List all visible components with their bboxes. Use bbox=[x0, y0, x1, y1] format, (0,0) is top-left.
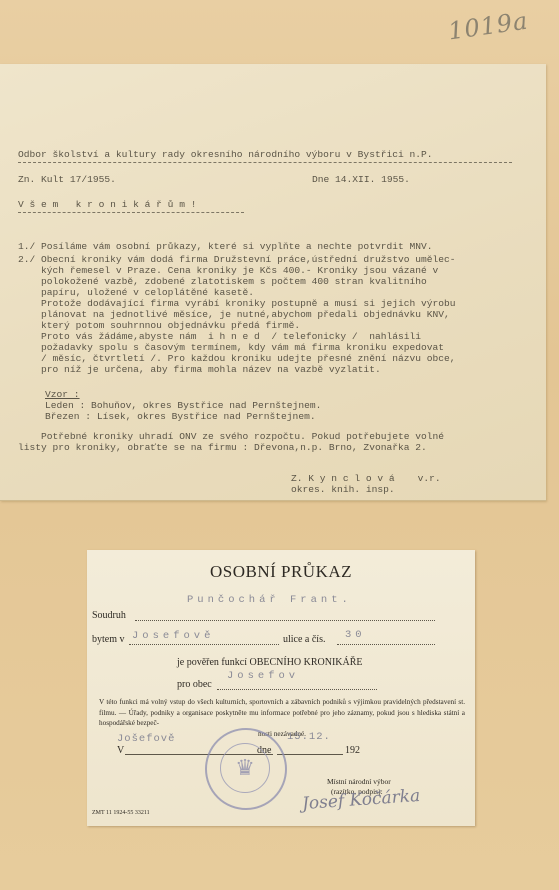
day-value: 15.12. bbox=[287, 731, 331, 743]
example-line: Leden : Bohuňov, okres Bystřice nad Pern… bbox=[45, 401, 321, 411]
letter-line: 2./ Obecní kroniky vám dodá firma Družst… bbox=[18, 255, 456, 265]
letter-line: polokožené vazbě, zdobené zlatotiskem s … bbox=[18, 277, 427, 287]
function-text: je pověřen funkcí OBECNÍHO KRONIKÁŘE bbox=[177, 657, 363, 668]
print-code: ZMT 11 1924-55 33211 bbox=[92, 810, 150, 816]
letter-line: Proto vás žádáme,abyste nám i h n e d / … bbox=[18, 332, 421, 342]
official-stamp: ♛ bbox=[205, 728, 287, 810]
closing-line: listy pro kroniky, obraťte se na firmu :… bbox=[18, 443, 427, 453]
street-line bbox=[337, 644, 435, 645]
closing-line: Potřebné kroniky uhradí ONV ze svého roz… bbox=[18, 432, 444, 442]
signature-title: okres. knih. insp. bbox=[291, 485, 395, 495]
salutation-underline bbox=[18, 212, 244, 213]
letter-line: papíru, uložené v celoplátěné kasetě. bbox=[18, 288, 254, 298]
letter-line: 1./ Posíláme vám osobní průkazy, které s… bbox=[18, 242, 433, 252]
residence-label: bytem v bbox=[92, 634, 125, 645]
typed-letter: Odbor školství a kultury rady okresního … bbox=[0, 64, 546, 501]
card-paragraph-text: V této funkci má volný vstup do všech ku… bbox=[99, 698, 465, 727]
residence-value: Josefově bbox=[132, 630, 214, 642]
archive-number: 1019a bbox=[446, 7, 530, 46]
letter-line: Protože dodávající firma vyrábí kroniky … bbox=[18, 299, 456, 309]
residence-line bbox=[129, 644, 279, 645]
street-value: 30 bbox=[345, 629, 366, 641]
id-card: OSOBNÍ PRŮKAZ Soudruh Punčochář Frant. b… bbox=[87, 550, 475, 826]
comrade-label: Soudruh bbox=[92, 610, 126, 621]
committee-label: Místní národní výbor bbox=[327, 777, 391, 786]
example-line: Březen : Lísek, okres Bystřice nad Pernš… bbox=[45, 412, 316, 422]
card-title: OSOBNÍ PRŮKAZ bbox=[87, 562, 475, 582]
letter-line: / měsíc, čtvrtletí /. Pro každou kroniku… bbox=[18, 354, 456, 364]
place-label: V bbox=[117, 745, 124, 756]
street-label: ulice a čís. bbox=[283, 634, 325, 645]
municipality-value: Josefov bbox=[227, 670, 299, 682]
letter-salutation: V š e m k r o n i k á ř ů m ! bbox=[18, 200, 196, 210]
municipality-label: pro obec bbox=[177, 679, 212, 690]
handwritten-signature: Josef Kočárka bbox=[301, 786, 420, 814]
municipality-line bbox=[217, 689, 377, 690]
comrade-value: Punčochář Frant. bbox=[187, 594, 352, 606]
day-line bbox=[277, 754, 343, 755]
letter-line: požadavky spolu s časovým termínem, kdy … bbox=[18, 343, 444, 353]
letter-header: Odbor školství a kultury rady okresního … bbox=[18, 150, 433, 160]
letter-date: Dne 14.XII. 1955. bbox=[312, 175, 410, 185]
header-divider bbox=[18, 162, 512, 163]
letter-reference: Zn. Kult 17/1955. bbox=[18, 175, 116, 185]
letter-line: pro níž je určena, aby firma mohla název… bbox=[18, 365, 381, 375]
letter-line: plánovat na jednotlivé měsíce, je nutné,… bbox=[18, 310, 450, 320]
example-label: Vzor : bbox=[45, 390, 80, 400]
letter-line: kých řemesel v Praze. Cena kroniky je Kč… bbox=[18, 266, 438, 276]
place-value: Jošefově bbox=[117, 733, 175, 745]
signature-name: Z. K y n c l o v á v.r. bbox=[291, 474, 441, 484]
year-value: 192 bbox=[345, 745, 360, 756]
lion-emblem-icon: ♛ bbox=[220, 743, 270, 793]
comrade-line bbox=[135, 620, 435, 621]
letter-line: který potom souhrnnou objednávku předá f… bbox=[18, 321, 300, 331]
